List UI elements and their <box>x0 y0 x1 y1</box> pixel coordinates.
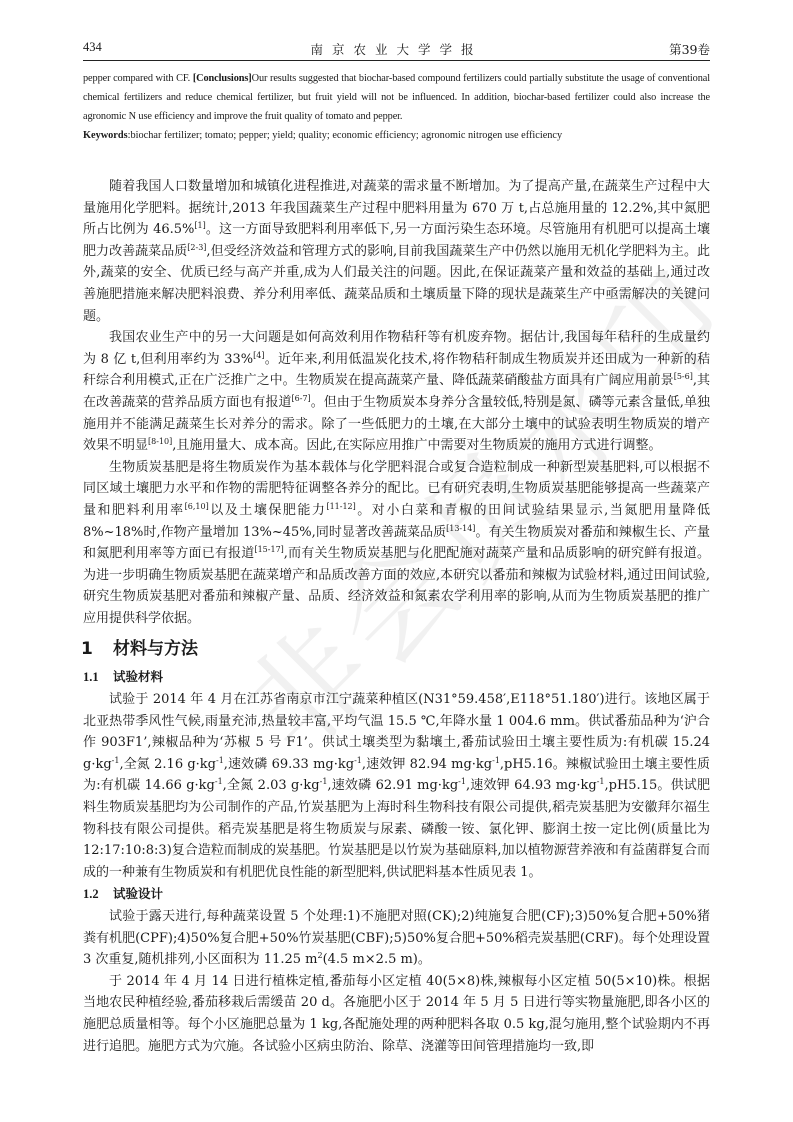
intro-paragraph-2: 我国农业生产中的另一大问题是如何高效利用作物秸秆等有机废弃物。据估计,我国每年秸… <box>83 327 710 457</box>
running-head: 434 南京农业大学学报 第39卷 <box>83 40 710 60</box>
keywords-text: biochar fertilizer; tomato; pepper; yiel… <box>131 130 563 141</box>
subsection-title: 试验设计 <box>113 886 163 901</box>
text-run: ,且施用量大、成本高。因此,在实际应用推广中需要对生物质炭的施用方式进行调整。 <box>172 438 661 453</box>
text-run: ,全氮 2.03 g·kg <box>223 778 320 793</box>
keywords-label: Keywords <box>83 130 128 141</box>
text-run: (4.5 m×2.5 m)。 <box>323 952 431 967</box>
citation[interactable]: [2-3] <box>187 243 206 252</box>
citation[interactable]: [6,10] <box>185 502 209 511</box>
exponent: -1 <box>597 777 605 786</box>
design-paragraph-1: 试验于露天进行,每种蔬菜设置 5 个处理:1)不施肥对照(CK);2)纯施复合肥… <box>83 906 710 971</box>
subsection-heading-1-1: 1.1试验材料 <box>83 666 710 689</box>
citation[interactable]: [5-6] <box>674 372 693 381</box>
exponent: -1 <box>215 777 223 786</box>
citation[interactable]: [6-7] <box>292 394 311 403</box>
text-run: ,速效钾 82.94 mg·kg <box>362 757 492 772</box>
exponent: -1 <box>492 756 500 765</box>
citation[interactable]: [15-17] <box>254 545 283 554</box>
citation[interactable]: [11-12] <box>326 502 355 511</box>
body-text: 随着我国人口数量增加和城镇化进程推进,对蔬菜的需求量不断增加。为了提高产量,在蔬… <box>83 176 710 1057</box>
citation[interactable]: [13-14] <box>446 524 475 533</box>
exponent: -1 <box>458 777 466 786</box>
journal-title: 南京农业大学学报 <box>83 40 710 58</box>
text-run: ,速效磷 69.33 mg·kg <box>224 757 354 772</box>
text-run: ,pH5.15。供试肥料生物质炭基肥均为公司制作的产品,竹炭基肥为上海时科生物科… <box>83 778 710 879</box>
text-run: ,速效磷 62.91 mg·kg <box>327 778 458 793</box>
intro-paragraph-1: 随着我国人口数量增加和城镇化进程推进,对蔬菜的需求量不断增加。为了提高产量,在蔬… <box>83 176 710 327</box>
design-paragraph-2: 于 2014 年 4 月 14 日进行植株定植,番茄每小区定植 40(5×8)株… <box>83 971 710 1057</box>
abstract-lead: pepper compared with CF. <box>83 73 193 84</box>
intro-paragraph-3: 生物质炭基肥是将生物质炭作为基本载体与化学肥料混合或复合造粒制成一种新型炭基肥料… <box>83 457 710 630</box>
citation[interactable]: [8-10] <box>148 437 172 446</box>
english-abstract: pepper compared with CF. [Conclusions]Ou… <box>83 69 710 126</box>
text-run: 以及土壤保肥能力 <box>209 503 327 518</box>
exponent: -1 <box>216 756 224 765</box>
subsection-heading-1-2: 1.2试验设计 <box>83 883 710 906</box>
subsection-number: 1.2 <box>83 884 113 906</box>
subsection-title: 试验材料 <box>113 669 163 684</box>
citation[interactable]: [4] <box>253 351 264 360</box>
section-title: 材料与方法 <box>113 639 198 659</box>
subsection-number: 1.1 <box>83 667 113 689</box>
text-run: ,速效钾 64.93 mg·kg <box>466 778 597 793</box>
section-heading-1: 1材料与方法 <box>81 638 710 660</box>
citation[interactable]: [1] <box>194 221 205 230</box>
materials-paragraph: 试验于 2014 年 4 月在江苏省南京市江宁蔬菜种植区(N31°59.458′… <box>83 689 710 883</box>
keywords: Keywords:biochar fertilizer; tomato; pep… <box>83 126 710 145</box>
section-number: 1 <box>81 638 113 660</box>
header-rule <box>83 60 710 61</box>
exponent: -1 <box>354 756 362 765</box>
conclusions-label: [Conclusions] <box>193 73 252 84</box>
text-run: ,全氮 2.16 g·kg <box>119 757 216 772</box>
volume-label: 第39卷 <box>669 40 710 58</box>
